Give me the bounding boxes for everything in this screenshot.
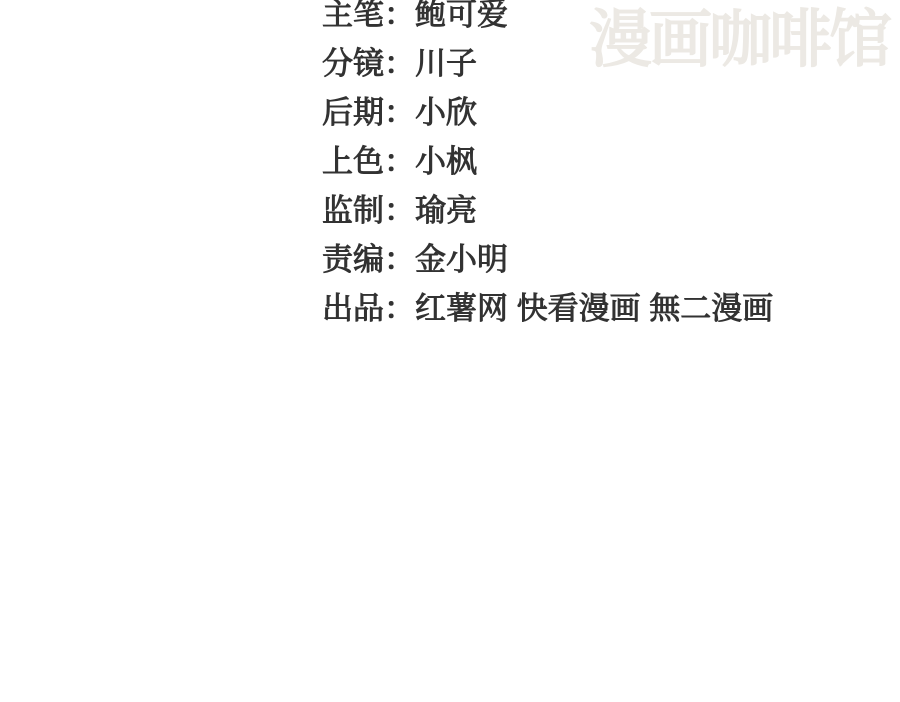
credit-name: 小枫 (415, 144, 477, 179)
credit-colon: ： (384, 193, 415, 228)
credit-line: 出品：红薯网 快看漫画 無二漫画 (322, 284, 773, 333)
credit-role-label: 分镜 (322, 46, 384, 81)
credit-name: 金小明 (415, 242, 508, 277)
credit-colon: ： (384, 95, 415, 130)
credit-name: 小欣 (415, 95, 477, 130)
credit-colon: ： (384, 291, 415, 326)
credit-name: 瑜亮 (415, 193, 477, 228)
credit-role-label: 责编 (322, 242, 384, 277)
credit-line: 监制：瑜亮 (322, 186, 773, 235)
credit-colon: ： (384, 242, 415, 277)
credit-colon: ： (384, 144, 415, 179)
credit-role-label: 监制 (322, 193, 384, 228)
credit-role-label: 出品 (322, 291, 384, 326)
credit-name: 红薯网 快看漫画 無二漫画 (415, 291, 773, 326)
credits-list: 主笔：鲍可爱 分镜：川子 后期：小欣 上色：小枫 监制：瑜亮 责编：金小明 出品… (322, 0, 773, 333)
credit-role-label: 主笔 (322, 0, 384, 32)
credit-name: 川子 (415, 46, 477, 81)
credit-colon: ： (384, 46, 415, 81)
credit-line: 上色：小枫 (322, 137, 773, 186)
credit-role-label: 后期 (322, 95, 384, 130)
comic-credits-page: 漫画咖啡馆 主笔：鲍可爱 分镜：川子 后期：小欣 上色：小枫 监制：瑜亮 责编：… (0, 0, 900, 702)
credit-colon: ： (384, 0, 415, 32)
credit-line: 责编：金小明 (322, 235, 773, 284)
credit-line: 分镜：川子 (322, 39, 773, 88)
credit-line: 主笔：鲍可爱 (322, 0, 773, 39)
credit-role-label: 上色 (322, 144, 384, 179)
credit-name: 鲍可爱 (415, 0, 508, 32)
credit-line: 后期：小欣 (322, 88, 773, 137)
